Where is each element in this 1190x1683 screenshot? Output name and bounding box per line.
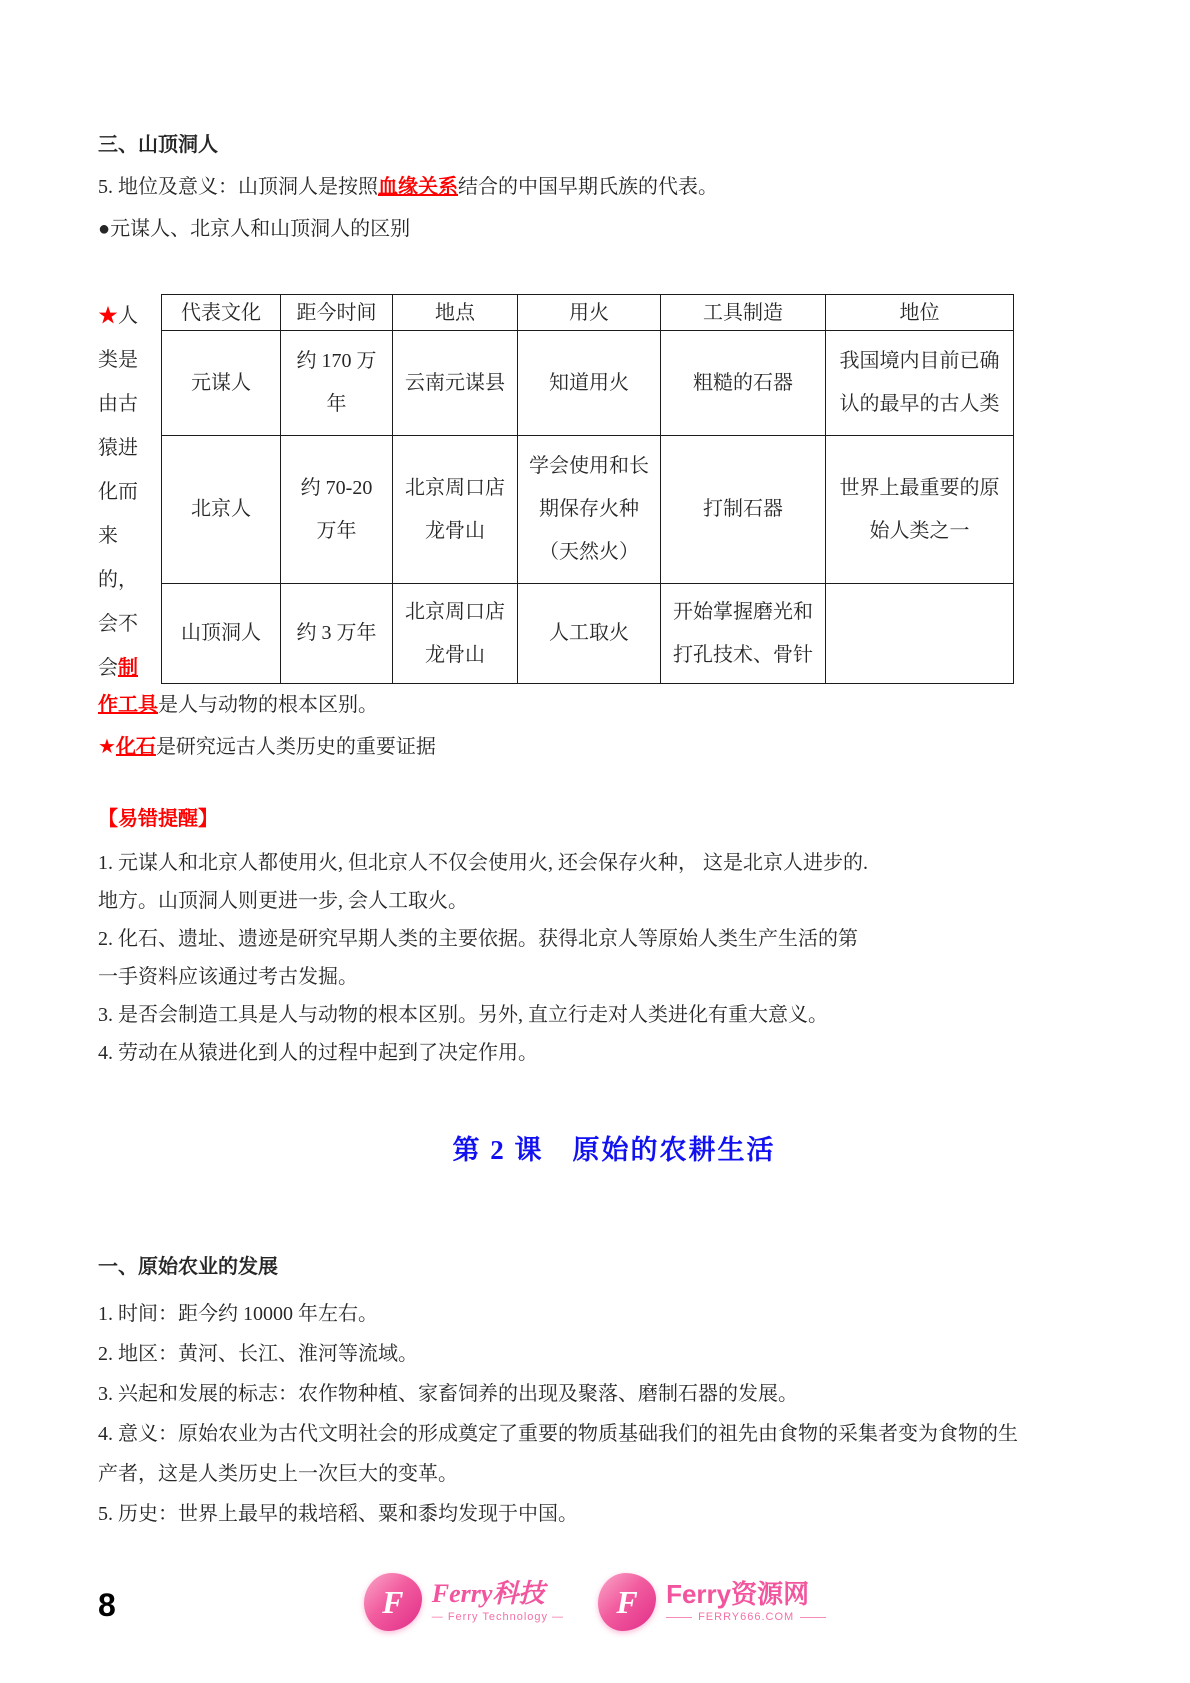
- reminder-item: 2. 化石、遗址、遗迹是研究早期人类的主要依据。获得北京人等原始人类生产生活的第: [98, 920, 1130, 958]
- star-icon: ★: [98, 305, 118, 327]
- table-cell: 约 170 万年: [281, 331, 393, 436]
- cell-text: 元谋人: [191, 362, 251, 405]
- cell-text: 约 3 万年: [287, 612, 387, 655]
- table-header-cell: 距今时间: [281, 295, 393, 331]
- header-time: 距今时间: [287, 296, 387, 330]
- table-row-shandingdong: 山顶洞人 约 3 万年 北京周口店龙骨山 人工取火 开始掌握磨光和打孔技术、骨针: [162, 584, 1014, 684]
- table-cell: 知道用火: [518, 331, 661, 436]
- bullet-comparison-title: ●元谋人、北京人和山顶洞人的区别: [98, 216, 1130, 242]
- reminder-item: 1. 元谋人和北京人都使用火, 但北京人不仅会使用火, 还会保存火种， 这是北京…: [98, 844, 1130, 882]
- table-header-cell: 地位: [826, 295, 1014, 331]
- reminder-item: 3. 是否会制造工具是人与动物的根本区别。另外, 直立行走对人类进化有重大意义。: [98, 996, 1130, 1034]
- table-cell: 北京人: [162, 436, 281, 584]
- paragraph-significance: 5. 地位及意义：山顶洞人是按照血缘关系结合的中国早期氏族的代表。: [98, 174, 1130, 200]
- reminder-item: 4. 劳动在从猿进化到人的过程中起到了决定作用。: [98, 1034, 1130, 1072]
- section-heading-agriculture: 一、原始农业的发展: [98, 1254, 1130, 1280]
- header-fire: 用火: [561, 296, 617, 330]
- table-cell: 北京周口店龙骨山: [393, 584, 518, 684]
- table-header-cell: 用火: [518, 295, 661, 331]
- cell-text: 云南元谋县: [397, 362, 513, 405]
- paragraph-tools-distinction: 作工具是人与动物的根本区别。: [98, 692, 1130, 718]
- cell-text: 山顶洞人: [181, 612, 261, 655]
- logo-text-block: Ferry科技 — Ferry Technology —: [432, 1579, 564, 1625]
- logo-letter: F: [382, 1586, 403, 1618]
- text-prefix: 5. 地位及意义：山顶洞人是按照: [98, 176, 378, 198]
- cell-text: 北京周口店龙骨山: [393, 591, 517, 677]
- table-cell: 开始掌握磨光和打孔技术、骨针: [661, 584, 826, 684]
- highlight-blood-relation: 血缘关系: [378, 176, 458, 198]
- cell-text: 人工取火: [541, 612, 637, 655]
- margin-note: ★人 类是 由古 猿进 化而 来 的， 会不 会制: [98, 294, 142, 690]
- table-with-margin-note: ★人 类是 由古 猿进 化而 来 的， 会不 会制 代表文化 距今时间 地点 用…: [98, 294, 1130, 690]
- page-content: 三、山顶洞人 5. 地位及意义：山顶洞人是按照血缘关系结合的中国早期氏族的代表。…: [98, 132, 1130, 1534]
- table-cell: 粗糙的石器: [661, 331, 826, 436]
- logo-title: Ferry资源网: [666, 1579, 826, 1609]
- table-cell: 元谋人: [162, 331, 281, 436]
- table-cell: 我国境内目前已确认的最早的古人类: [826, 331, 1014, 436]
- footer-logos: F Ferry科技 — Ferry Technology — F Ferry资源…: [0, 1573, 1190, 1631]
- ferry-f-icon: F: [598, 1573, 656, 1631]
- cell-text: 北京周口店龙骨山: [393, 467, 517, 553]
- page-footer: 8 F Ferry科技 — Ferry Technology — F Ferry…: [0, 1565, 1190, 1665]
- text-suffix: 结合的中国早期氏族的代表。: [458, 176, 718, 198]
- text: 是人与动物的根本区别。: [158, 694, 378, 716]
- table-header-cell: 地点: [393, 295, 518, 331]
- table-cell: 山顶洞人: [162, 584, 281, 684]
- agriculture-item: 3. 兴起和发展的标志：农作物种植、家畜饲养的出现及聚落、磨制石器的发展。: [98, 1374, 1130, 1414]
- lesson2-title: 第 2 课 原始的农耕生活: [98, 1128, 1130, 1172]
- document-page: 三、山顶洞人 5. 地位及意义：山顶洞人是按照血缘关系结合的中国早期氏族的代表。…: [0, 0, 1190, 1683]
- table-cell: 约 3 万年: [281, 584, 393, 684]
- table-cell: 打制石器: [661, 436, 826, 584]
- cell-text: 我国境内目前已确认的最早的古人类: [826, 340, 1013, 426]
- logo-subtitle: — Ferry Technology —: [432, 1609, 564, 1625]
- table-row-beijing: 北京人 约 70-20 万年 北京周口店龙骨山 学会使用和长期保存火种（天然火）…: [162, 436, 1014, 584]
- table-cell: 人工取火: [518, 584, 661, 684]
- logo-text-block: Ferry资源网 FERRY666.COM: [666, 1579, 826, 1625]
- cell-text: 北京人: [191, 488, 251, 531]
- logo-subtitle: FERRY666.COM: [666, 1609, 826, 1625]
- header-place: 地点: [427, 296, 483, 330]
- red-underline-tools: 作工具: [98, 694, 158, 716]
- agriculture-item: 4. 意义：原始农业为古代文明社会的形成奠定了重要的物质基础我们的祖先由食物的采…: [98, 1414, 1130, 1454]
- logo-title: Ferry科技: [432, 1579, 564, 1609]
- cell-text: 学会使用和长期保存火种（天然火）: [518, 445, 660, 574]
- agriculture-item: 产者，这是人类历史上一次巨大的变革。: [98, 1454, 1130, 1494]
- cell-text: 约 170 万年: [281, 340, 392, 426]
- ferry-technology-logo: F Ferry科技 — Ferry Technology —: [364, 1573, 564, 1631]
- agriculture-item: 1. 时间：距今约 10000 年左右。: [98, 1294, 1130, 1334]
- section-heading-shandingdong: 三、山顶洞人: [98, 132, 1130, 158]
- red-underline-fossil: 化石: [116, 736, 156, 758]
- paragraph-fossil: ★化石是研究远古人类历史的重要证据: [98, 734, 1130, 760]
- ferry-resource-logo: F Ferry资源网 FERRY666.COM: [598, 1573, 826, 1631]
- margin-note-red-text: 制: [118, 657, 138, 679]
- header-tools: 工具制造: [693, 296, 793, 330]
- table-row-yuanmou: 元谋人 约 170 万年 云南元谋县 知道用火 粗糙的石器 我国境内目前已确认的…: [162, 331, 1014, 436]
- cell-text: 约 70-20 万年: [281, 467, 392, 553]
- logo-letter: F: [616, 1586, 637, 1618]
- table-cell: 学会使用和长期保存火种（天然火）: [518, 436, 661, 584]
- reminder-heading: 【易错提醒】: [98, 806, 1130, 832]
- cell-text: 粗糙的石器: [683, 362, 803, 405]
- table-cell: 约 70-20 万年: [281, 436, 393, 584]
- reminder-item: 地方。山顶洞人则更进一步, 会人工取火。: [98, 882, 1130, 920]
- cell-text: 知道用火: [541, 362, 637, 405]
- cell-text: 世界上最重要的原始人类之一: [826, 467, 1013, 553]
- header-culture: 代表文化: [181, 296, 261, 330]
- table-cell: 云南元谋县: [393, 331, 518, 436]
- text: 是研究远古人类历史的重要证据: [156, 736, 436, 758]
- table-header-cell: 工具制造: [661, 295, 826, 331]
- star-icon: ★: [98, 736, 116, 758]
- cell-text: 开始掌握磨光和打孔技术、骨针: [661, 591, 825, 677]
- ferry-f-icon: F: [364, 1573, 422, 1631]
- cell-text: 打制石器: [693, 488, 793, 531]
- margin-note-text: 人 类是 由古 猿进 化而 来 的， 会不 会: [98, 305, 138, 679]
- table-header-row: 代表文化 距今时间 地点 用火 工具制造 地位: [162, 295, 1014, 331]
- header-status: 地位: [888, 296, 952, 330]
- agriculture-item: 2. 地区：黄河、长江、淮河等流域。: [98, 1334, 1130, 1374]
- table-cell-empty: [826, 584, 1014, 684]
- comparison-table: 代表文化 距今时间 地点 用火 工具制造 地位 元谋人 约 170 万年 云南元…: [161, 294, 1014, 684]
- agriculture-item: 5. 历史：世界上最早的栽培稻、粟和黍均发现于中国。: [98, 1494, 1130, 1534]
- reminder-item: 一手资料应该通过考古发掘。: [98, 958, 1130, 996]
- table-header-cell: 代表文化: [162, 295, 281, 331]
- table-cell: 世界上最重要的原始人类之一: [826, 436, 1014, 584]
- table-cell: 北京周口店龙骨山: [393, 436, 518, 584]
